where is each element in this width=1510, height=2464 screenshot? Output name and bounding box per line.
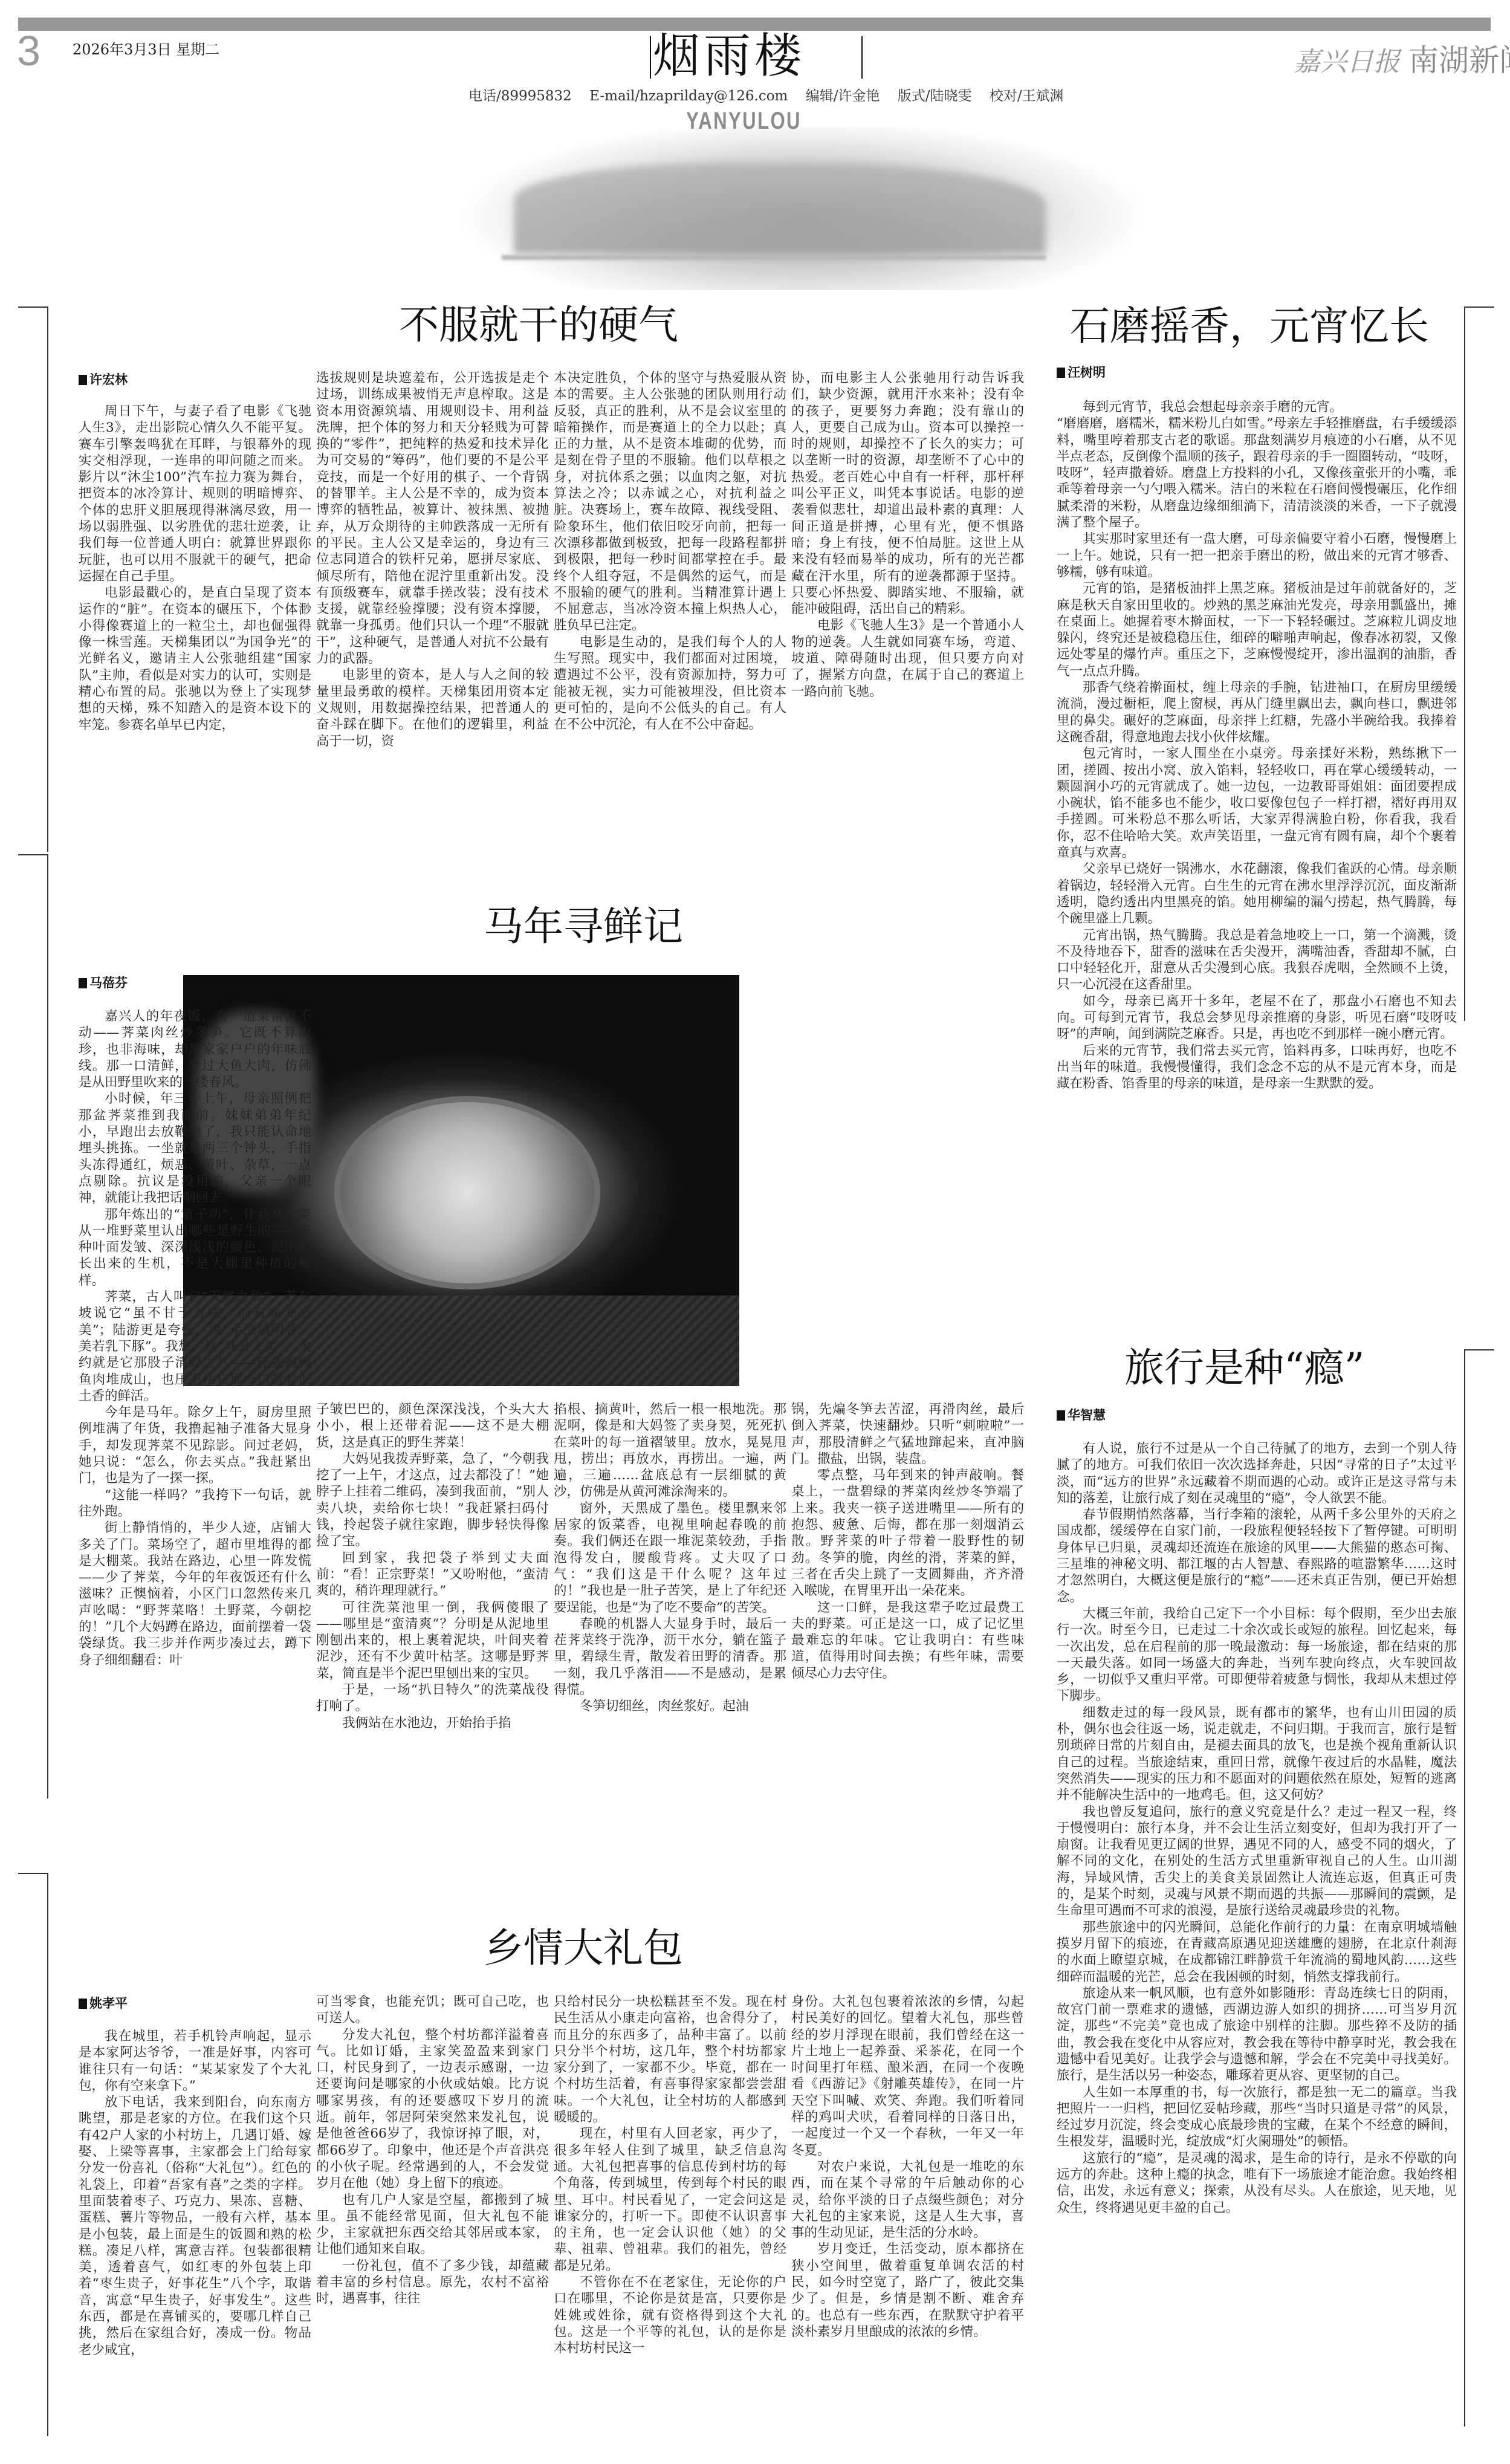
brand-name: 南湖新闻 bbox=[1408, 44, 1510, 77]
article-frame bbox=[18, 854, 48, 1798]
misty-trees bbox=[514, 163, 1046, 254]
article-column: 本决定胜负，个体的坚守与热爱服从资本的需要。主人公张驰的团队则用行动反驳，真正的… bbox=[554, 370, 786, 832]
article-column: 协，而电影主人公张驰用行动告诉我们，缺少资源，就用汗水来补；没有伞的孩子，更要努… bbox=[791, 370, 1024, 832]
article-column: 周日下午，与妻子看了电影《飞驰人生3》，走出影院心情久久不能平复。赛车引擎轰鸣犹… bbox=[79, 403, 311, 832]
article-column: 锅，先煸冬笋去苦涩，再滑肉丝，最后倒入荠菜，快速翻炒。只听“刺啦啦”一声，那股清… bbox=[791, 1401, 1024, 1843]
proofreader: 校对/王斌渊 bbox=[990, 88, 1064, 104]
article-title: 马年寻鲜记 bbox=[484, 907, 683, 947]
article-column: 身份。大礼包包裹着浓浓的乡情，勾起村民美好的回忆。望着大礼包，那些曾经的岁月浮现… bbox=[791, 1994, 1024, 2451]
article-author: 汪树明 bbox=[1057, 363, 1106, 381]
article-title: 乡情大礼包 bbox=[484, 1928, 683, 1968]
title-divider-left bbox=[650, 36, 651, 79]
stir-fry-bowl bbox=[334, 1096, 600, 1289]
article-column: 子皱巴巴的，颜色深深浅浅，个头大大小小，根上还带着泥——这不是大棚货，这是真正的… bbox=[316, 1401, 549, 1843]
article-title: 不服就干的硬气 bbox=[399, 305, 678, 345]
email-link[interactable]: E-mail/hzaprilday@126.com bbox=[589, 88, 788, 104]
article-frame bbox=[18, 306, 48, 852]
brand-logo-script: 嘉兴日报 bbox=[1294, 47, 1400, 77]
article-body: 每到元宵节，我总会想起母亲亲手磨的元宵。“磨磨磨，磨糯米，糯米粉儿白如雪。”母亲… bbox=[1057, 399, 1457, 1330]
article-title: 石磨摇香，元宵忆长 bbox=[1070, 306, 1429, 346]
contact-line: 电话/89995832 E-mail/hzaprilday@126.com 编辑… bbox=[468, 85, 1077, 105]
editor: 编辑/许金艳 bbox=[806, 88, 880, 104]
article-frame bbox=[1464, 306, 1494, 1021]
title-divider-right bbox=[861, 36, 863, 79]
phone: 电话/89995832 bbox=[468, 88, 572, 104]
layout-designer: 版式/陆晓雯 bbox=[898, 88, 972, 104]
article-author: 姚孝平 bbox=[79, 1994, 128, 2012]
article-column: 选拔规则是块遮羞布，公开选拔是走个过场，训练成果被悄无声息榨取。这是资本用资源筑… bbox=[316, 370, 549, 832]
newspaper-brand: 嘉兴日报南湖新闻 bbox=[1294, 36, 1510, 80]
section-pinyin: YANYULOU bbox=[686, 108, 802, 135]
article-author: 华智慧 bbox=[1057, 1405, 1106, 1424]
article-column: 可当零食，也能充饥；既可自己吃，也可送人。分发大礼包，整个村坊都洋溢着喜气。比如… bbox=[316, 1994, 549, 2451]
section-title: 烟雨楼 bbox=[653, 35, 805, 77]
article-author: 许宏林 bbox=[79, 370, 128, 388]
issue-date: 2026年3月3日 星期二 bbox=[73, 37, 219, 59]
shoreline bbox=[502, 255, 1046, 260]
article-column: 嘉兴人的年夜饭，有一道菜雷打不动——荠菜肉丝炒冬笋。它既不算山珍，也非海味，却是… bbox=[79, 1008, 311, 1843]
article-body: 有人说，旅行不过是从一个自己待腻了的地方，去到一个别人待腻了的地方。可我们依旧一… bbox=[1057, 1441, 1457, 2456]
article-column: 只给村民分一块松糕甚至不发。现在村民生活从小康走向富裕，也舍得分了，而且分的东西… bbox=[554, 1994, 786, 2451]
article-column: 掐根、摘黄叶，然后一根一根地洗。那泥啊，像是和大妈签了卖身契，死死扒在菜叶的每一… bbox=[554, 1401, 786, 1843]
article-frame bbox=[18, 1873, 48, 2436]
article-frame bbox=[1464, 1349, 1494, 2427]
article-author: 马蓓芬 bbox=[79, 973, 128, 991]
article-title: 旅行是种“瘾” bbox=[1124, 1348, 1364, 1388]
page-number: 3 bbox=[17, 33, 41, 69]
article-column: 我在城里，若手机铃声响起，显示是本家阿达爷爷，一准是好事，内容可谁往只有一句话：… bbox=[79, 2028, 311, 2451]
header-photo bbox=[363, 127, 1149, 290]
